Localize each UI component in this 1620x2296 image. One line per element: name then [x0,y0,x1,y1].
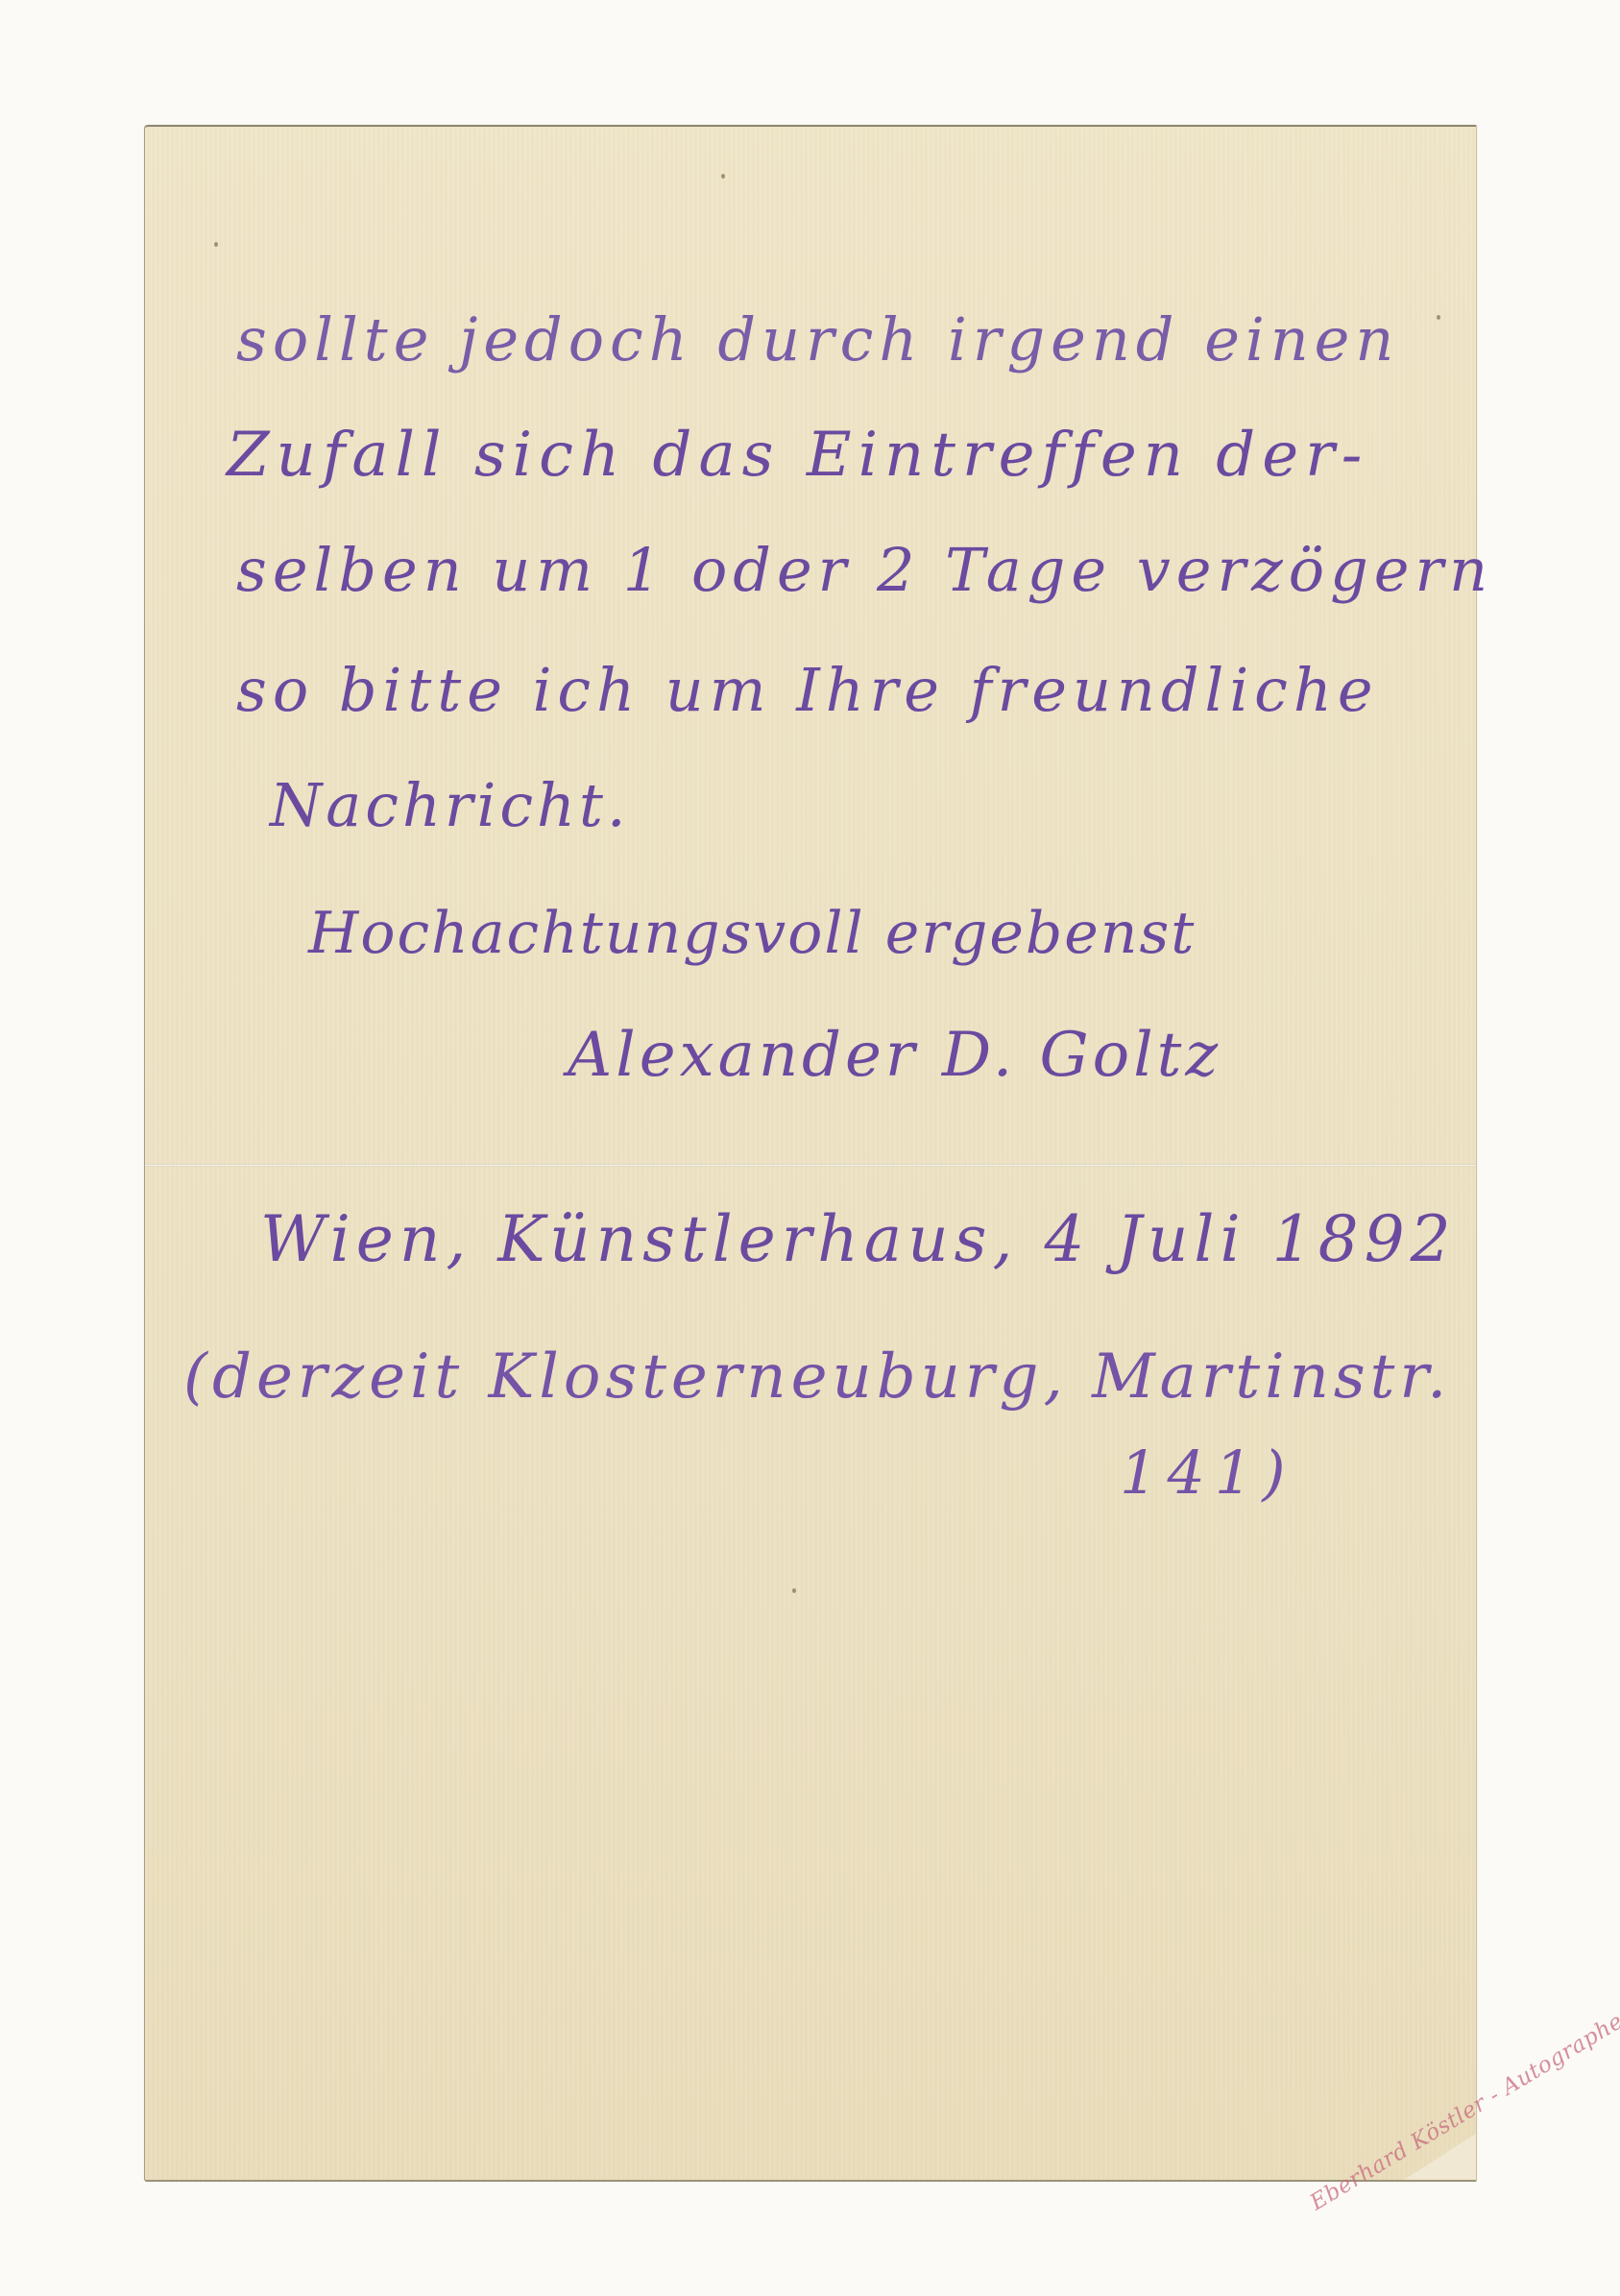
letter-body-line: Nachricht. [270,770,630,840]
address-line: 141) [1120,1438,1295,1508]
paper-speck [792,1588,796,1593]
letter-body-line: sollte jedoch durch irgend einen [236,304,1399,375]
letter-body-line: so bitte ich um Ihre freundliche [236,655,1379,725]
paper-speck [1437,315,1440,320]
letter-body-line: selben um 1 oder 2 Tage verzögern [236,535,1493,605]
signature: Alexander D. Goltz [568,1020,1221,1091]
paper-speck [214,242,218,247]
paper-speck [721,174,725,179]
place-and-date: Wien, Künstlerhaus, 4 Juli 1892 [260,1202,1457,1276]
address-line: (derzeit Klosterneuburg, Martinstr. [183,1341,1451,1413]
paper-fold-crease [145,1164,1476,1167]
letter-paper: sollte jedoch durch irgend einen Zufall … [144,125,1477,2182]
letter-body-line: Zufall sich das Eintreffen der- [227,420,1368,491]
letter-closing: Hochachtungsvoll ergebenst [308,900,1196,967]
